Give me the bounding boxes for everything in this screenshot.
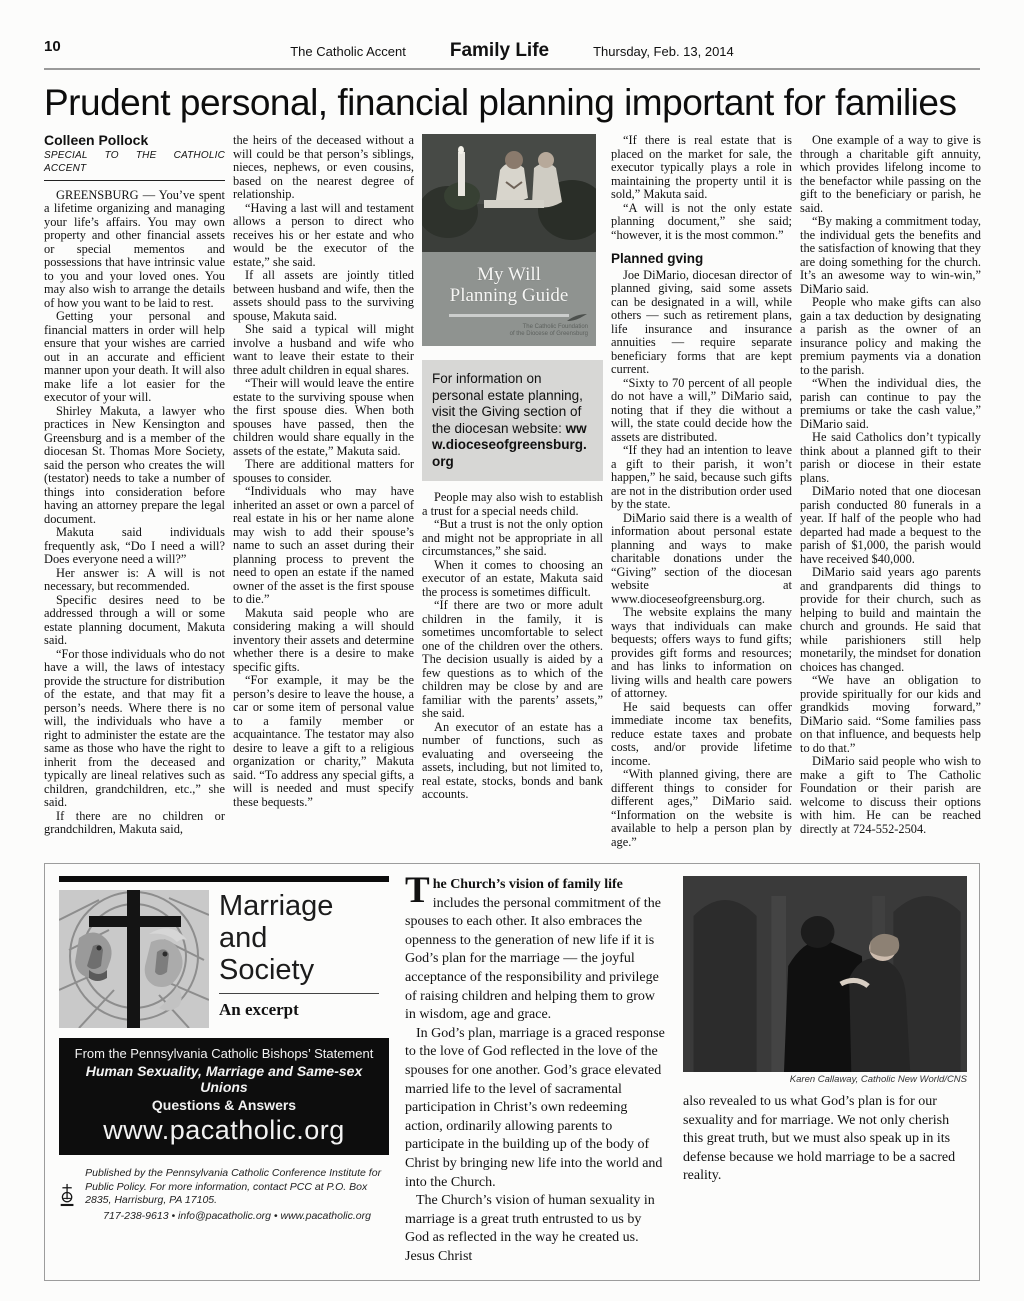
publication-name: The Catholic Accent — [290, 44, 406, 59]
column-3: My Will Planning Guide The Catholic Foun… — [422, 134, 603, 802]
guide-title: My Will Planning Guide — [422, 264, 596, 306]
excerpt-paragraph-1: The Church’s vision of family life inclu… — [405, 876, 667, 1025]
foundation-name: The Catholic Foundation — [510, 324, 588, 331]
paragraph: “If there is real estate that is placed … — [611, 134, 792, 202]
pcc-logo-icon — [59, 1167, 75, 1223]
publisher-description: Published by the Pennsylvania Catholic C… — [85, 1167, 389, 1208]
infobox-text: For information on personal estate plann… — [432, 371, 583, 436]
paragraph: If all assets are jointly titled between… — [233, 269, 414, 323]
bishops-statement-banner: From the Pennsylvania Catholic Bishops’ … — [59, 1038, 389, 1155]
paragraph: Makuta said people who are considering m… — [233, 607, 414, 675]
paragraph: She said a typical will might involve a … — [233, 323, 414, 377]
excerpt-label: An excerpt — [219, 1000, 379, 1020]
feature-title-line3: Society — [219, 954, 379, 986]
column-5: One example of a way to give is through … — [800, 134, 981, 836]
masthead-center: The Catholic Accent Family Life Thursday… — [44, 34, 980, 62]
paragraph: An executor of an estate has a number of… — [422, 721, 603, 802]
subhead-planned-giving: Planned gving — [611, 252, 792, 266]
paragraph: Joe DiMario, diocesan director of planne… — [611, 269, 792, 377]
feature-title-rule — [219, 993, 379, 994]
paragraph: “For example, it may be the person’s des… — [233, 674, 414, 809]
feature-title-line2: and — [219, 922, 379, 954]
paragraph: Getting your personal and financial matt… — [44, 310, 225, 405]
banner-url: www.pacatholic.org — [65, 1115, 383, 1146]
paragraph: One example of a way to give is through … — [800, 134, 981, 215]
byline-title: SPECIAL TO THE CATHOLIC ACCENT — [44, 149, 225, 176]
photo-caption: Karen Callaway, Catholic New World/CNS — [683, 1074, 967, 1085]
paragraph: GREENSBURG — You’ve spent a lifetime org… — [44, 189, 225, 311]
feature-header: Marriage and Society An excerpt — [59, 890, 389, 1028]
paragraph: The website explains the many ways that … — [611, 606, 792, 701]
paragraph: When it comes to choosing an executor of… — [422, 559, 603, 600]
column-1: Colleen Pollock SPECIAL TO THE CATHOLIC … — [44, 134, 225, 837]
article-headline: Prudent personal, financial planning imp… — [44, 82, 980, 124]
excerpt-text-left: The Church’s vision of family life inclu… — [405, 876, 667, 1266]
guide-title-line2: Planning Guide — [422, 285, 596, 306]
paragraph: “Their will would leave the entire estat… — [233, 377, 414, 458]
catholic-foundation-logo: The Catholic Foundation of the Diocese o… — [510, 313, 588, 338]
paragraph: “Having a last will and testament allows… — [233, 202, 414, 270]
excerpt-lead-bold: he Church’s vision of family life — [433, 877, 623, 892]
paragraph: the heirs of the deceased without a will… — [233, 134, 414, 202]
paragraph: Her answer is: A will is not necessary, … — [44, 567, 225, 594]
section-name: Family Life — [450, 40, 549, 62]
feature-left: Marriage and Society An excerpt From the… — [59, 876, 389, 1266]
paragraph: “Individuals who may have inherited an a… — [233, 485, 414, 607]
guide-title-line1: My Will — [422, 264, 596, 285]
top-black-bar — [59, 876, 389, 882]
paragraph: Specific desires need to be addressed th… — [44, 594, 225, 648]
banner-line2: Human Sexuality, Marriage and Same-sex U… — [65, 1063, 383, 1095]
publisher-text: Published by the Pennsylvania Catholic C… — [85, 1167, 389, 1223]
paragraph: He said bequests can offer immediate inc… — [611, 701, 792, 769]
excerpt-paragraph-4: also revealed to us what God’s plan is f… — [683, 1093, 967, 1186]
foundation-subname: of the Diocese of Greensburg — [510, 331, 588, 338]
paragraph: He said Catholics don’t typically think … — [800, 431, 981, 485]
paragraph: “For those individuals who do not have a… — [44, 648, 225, 810]
feature-title-line1: Marriage — [219, 890, 379, 922]
column-4: “If there is real estate that is placed … — [611, 134, 792, 849]
paragraph: “When the individual dies, the parish ca… — [800, 377, 981, 431]
column-2: the heirs of the deceased without a will… — [233, 134, 414, 809]
excerpt-lead-rest: includes the personal commitment of the … — [405, 896, 661, 1023]
banner-line1: From the Pennsylvania Catholic Bishops’ … — [65, 1046, 383, 1061]
paragraph: “We have an obligation to provide spirit… — [800, 674, 981, 755]
feature-title-block: Marriage and Society An excerpt — [219, 890, 379, 1028]
newspaper-page: 10 The Catholic Accent Family Life Thurs… — [0, 0, 1024, 1301]
banner-line3: Questions & Answers — [65, 1097, 383, 1113]
altar-photo — [422, 134, 596, 252]
paragraph: DiMario said years ago parents and grand… — [800, 566, 981, 674]
paragraph: DiMario said people who wish to make a g… — [800, 755, 981, 836]
paragraph: “With planned giving, there are differen… — [611, 768, 792, 849]
paragraph: “If there are two or more adult children… — [422, 599, 603, 721]
couple-photo — [683, 876, 967, 1072]
drop-cap: T — [405, 876, 433, 906]
paragraph: If there are no children or grandchildre… — [44, 810, 225, 837]
paragraph: DiMario said there is a wealth of inform… — [611, 512, 792, 607]
publisher-block: Published by the Pennsylvania Catholic C… — [59, 1167, 389, 1223]
issue-date: Thursday, Feb. 13, 2014 — [593, 44, 734, 59]
paragraph: “A will is not the only estate planning … — [611, 202, 792, 243]
paragraph: “Sixty to 70 percent of all people do no… — [611, 377, 792, 445]
paragraph: People may also wish to establish a trus… — [422, 491, 603, 518]
paragraph: Makuta said individuals frequently ask, … — [44, 526, 225, 567]
paragraph: There are additional matters for spouses… — [233, 458, 414, 485]
page-number: 10 — [44, 38, 61, 55]
byline-author: Colleen Pollock — [44, 134, 225, 148]
foundation-swoosh-icon — [566, 313, 588, 322]
paragraph: “By making a commitment today, the indiv… — [800, 215, 981, 296]
excerpt-paragraph-3: The Church’s vision of human sexuality i… — [405, 1192, 667, 1266]
paragraph: “But a trust is not the only option and … — [422, 518, 603, 559]
article-columns: Colleen Pollock SPECIAL TO THE CATHOLIC … — [44, 134, 980, 849]
paragraph: Shirley Makuta, a lawyer who practices i… — [44, 405, 225, 527]
excerpt-text-right: Karen Callaway, Catholic New World/CNS a… — [683, 876, 967, 1266]
paragraph: People who make gifts can also gain a ta… — [800, 296, 981, 377]
masthead: 10 The Catholic Accent Family Life Thurs… — [44, 34, 980, 64]
byline-block: Colleen Pollock SPECIAL TO THE CATHOLIC … — [44, 134, 225, 181]
paragraph: “If they had an intention to leave a gif… — [611, 444, 792, 512]
will-guide-cover-image: My Will Planning Guide The Catholic Foun… — [422, 134, 596, 346]
stained-glass-image — [59, 890, 209, 1028]
feature-title: Marriage and Society — [219, 890, 379, 986]
excerpt-paragraph-2: In God’s plan, marriage is a graced resp… — [405, 1025, 667, 1192]
paragraph: DiMario noted that one diocesan parish c… — [800, 485, 981, 566]
publisher-contact: 717-238-9613 • info@pacatholic.org • www… — [85, 1210, 389, 1224]
marriage-society-feature: Marriage and Society An excerpt From the… — [44, 863, 980, 1281]
masthead-rule — [44, 68, 980, 70]
estate-planning-infobox: For information on personal estate plann… — [422, 360, 603, 481]
